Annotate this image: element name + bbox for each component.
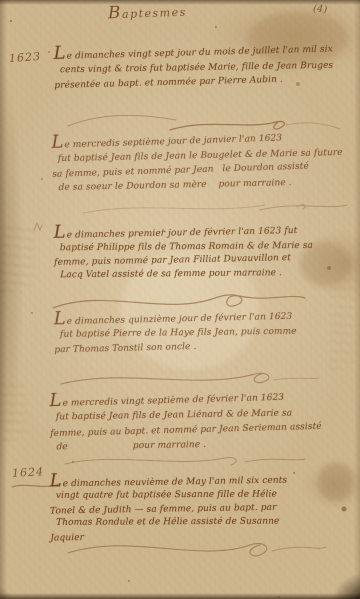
margin-year-1624: 1624 [12,465,45,480]
manuscript-scan: { "document": { "header_title": "Baptesm… [0,0,360,599]
margin-year-1623: 1623 [9,50,42,65]
folio-number: (4) [312,3,327,15]
bleed-through-smudge [0,380,27,441]
bleed-through-smudge [0,221,36,293]
register-entry: Le mercredis septième jour de janvier l'… [51,130,350,196]
margin-mark [32,221,44,233]
pen-flourish [55,197,350,221]
register-entry: Le dimanches quinzième jour de février l… [54,310,337,357]
pen-flourish [55,364,323,394]
entry-line: Lacq Vatel assisté de sa femme pour marr… [60,266,340,282]
register-entry: Le dimanches premier jour de février l'a… [54,225,341,283]
parchment-page: Baptesmes (4) 1623 1624 Le dimanches vin… [0,0,360,599]
register-entry: Le dimanches vingt sept jour du mois de … [54,43,345,93]
register-title: Baptesmes [108,6,187,22]
ink-specks [10,20,12,22]
register-entry: Le dimanches neuvième de May l'an mil si… [50,474,353,544]
register-entry: Le mercredis vingt septième de février l… [49,390,352,456]
